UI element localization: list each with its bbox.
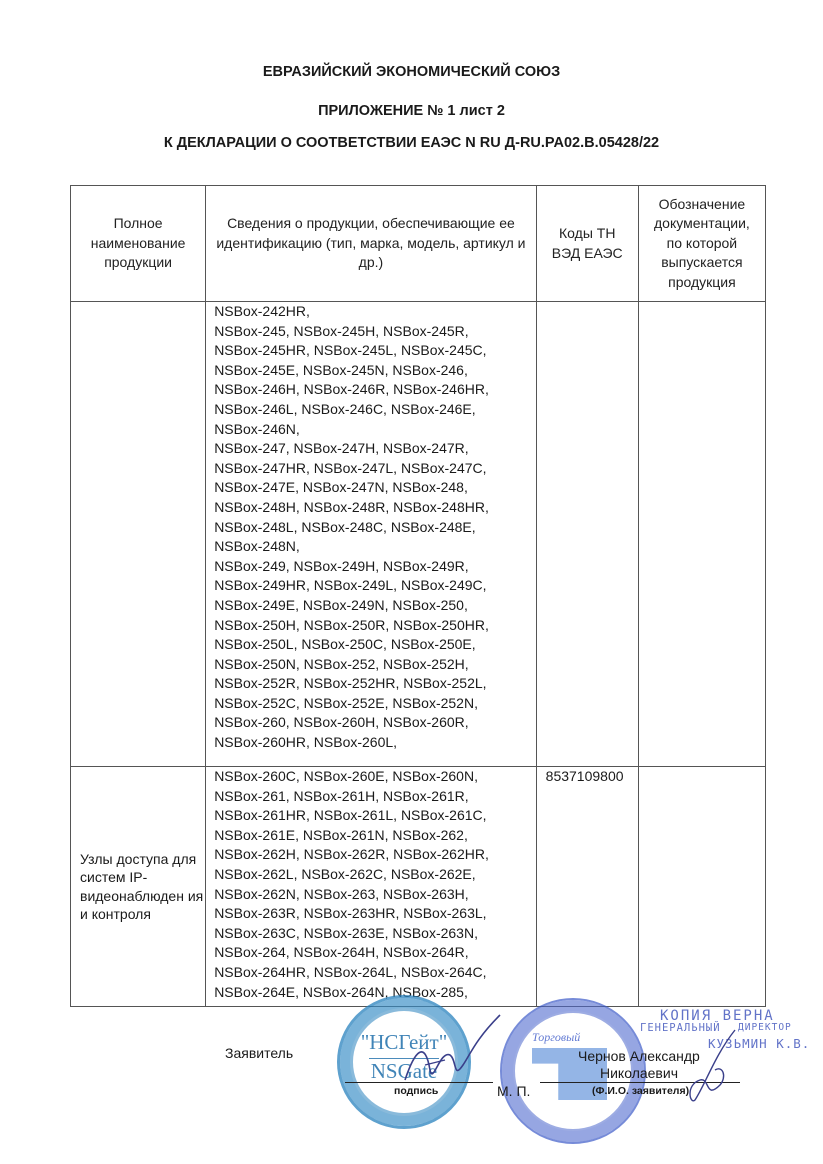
handwritten-signature-icon — [665, 1025, 745, 1105]
product-name-cell — [71, 302, 206, 767]
union-title: ЕВРАЗИЙСКИЙ ЭКОНОМИЧЕСКИЙ СОЮЗ — [0, 64, 823, 80]
table-header-row: Полное наименование продукции Сведения о… — [71, 186, 766, 302]
handwritten-signature-icon — [395, 1010, 505, 1090]
column-header-product-name: Полное наименование продукции — [71, 186, 206, 302]
product-name-cell: Узлы доступа для систем IP-видеонаблюден… — [71, 767, 206, 1007]
documentation-cell — [638, 302, 765, 767]
models-cell: NSBox-260C, NSBox-260E, NSBox-260N, NSBo… — [206, 767, 536, 1007]
models-cell: NSBox-242HR, NSBox-245, NSBox-245H, NSBo… — [206, 302, 536, 767]
declaration-title: К ДЕКЛАРАЦИИ О СООТВЕТСТВИИ ЕАЭС N RU Д-… — [0, 135, 823, 151]
seal-text: Торговый — [532, 1030, 580, 1045]
tn-ved-code-cell — [536, 302, 638, 767]
certifier-title-director: ДИРЕКТОР — [738, 1022, 792, 1033]
appendix-title: ПРИЛОЖЕНИЕ № 1 лист 2 — [0, 103, 823, 119]
tn-ved-code-cell: 8537109800 — [536, 767, 638, 1007]
applicant-label: Заявитель — [225, 1045, 293, 1061]
documentation-cell — [638, 767, 765, 1007]
column-header-identification: Сведения о продукции, обеспечивающие ее … — [206, 186, 536, 302]
column-header-documentation: Обозначение документации, по которой вып… — [638, 186, 765, 302]
table-row: Узлы доступа для систем IP-видеонаблюден… — [71, 767, 766, 1007]
products-table: Полное наименование продукции Сведения о… — [70, 185, 766, 1007]
table-row: NSBox-242HR, NSBox-245, NSBox-245H, NSBo… — [71, 302, 766, 767]
column-header-tn-ved-codes: Коды ТН ВЭД ЕАЭС — [536, 186, 638, 302]
